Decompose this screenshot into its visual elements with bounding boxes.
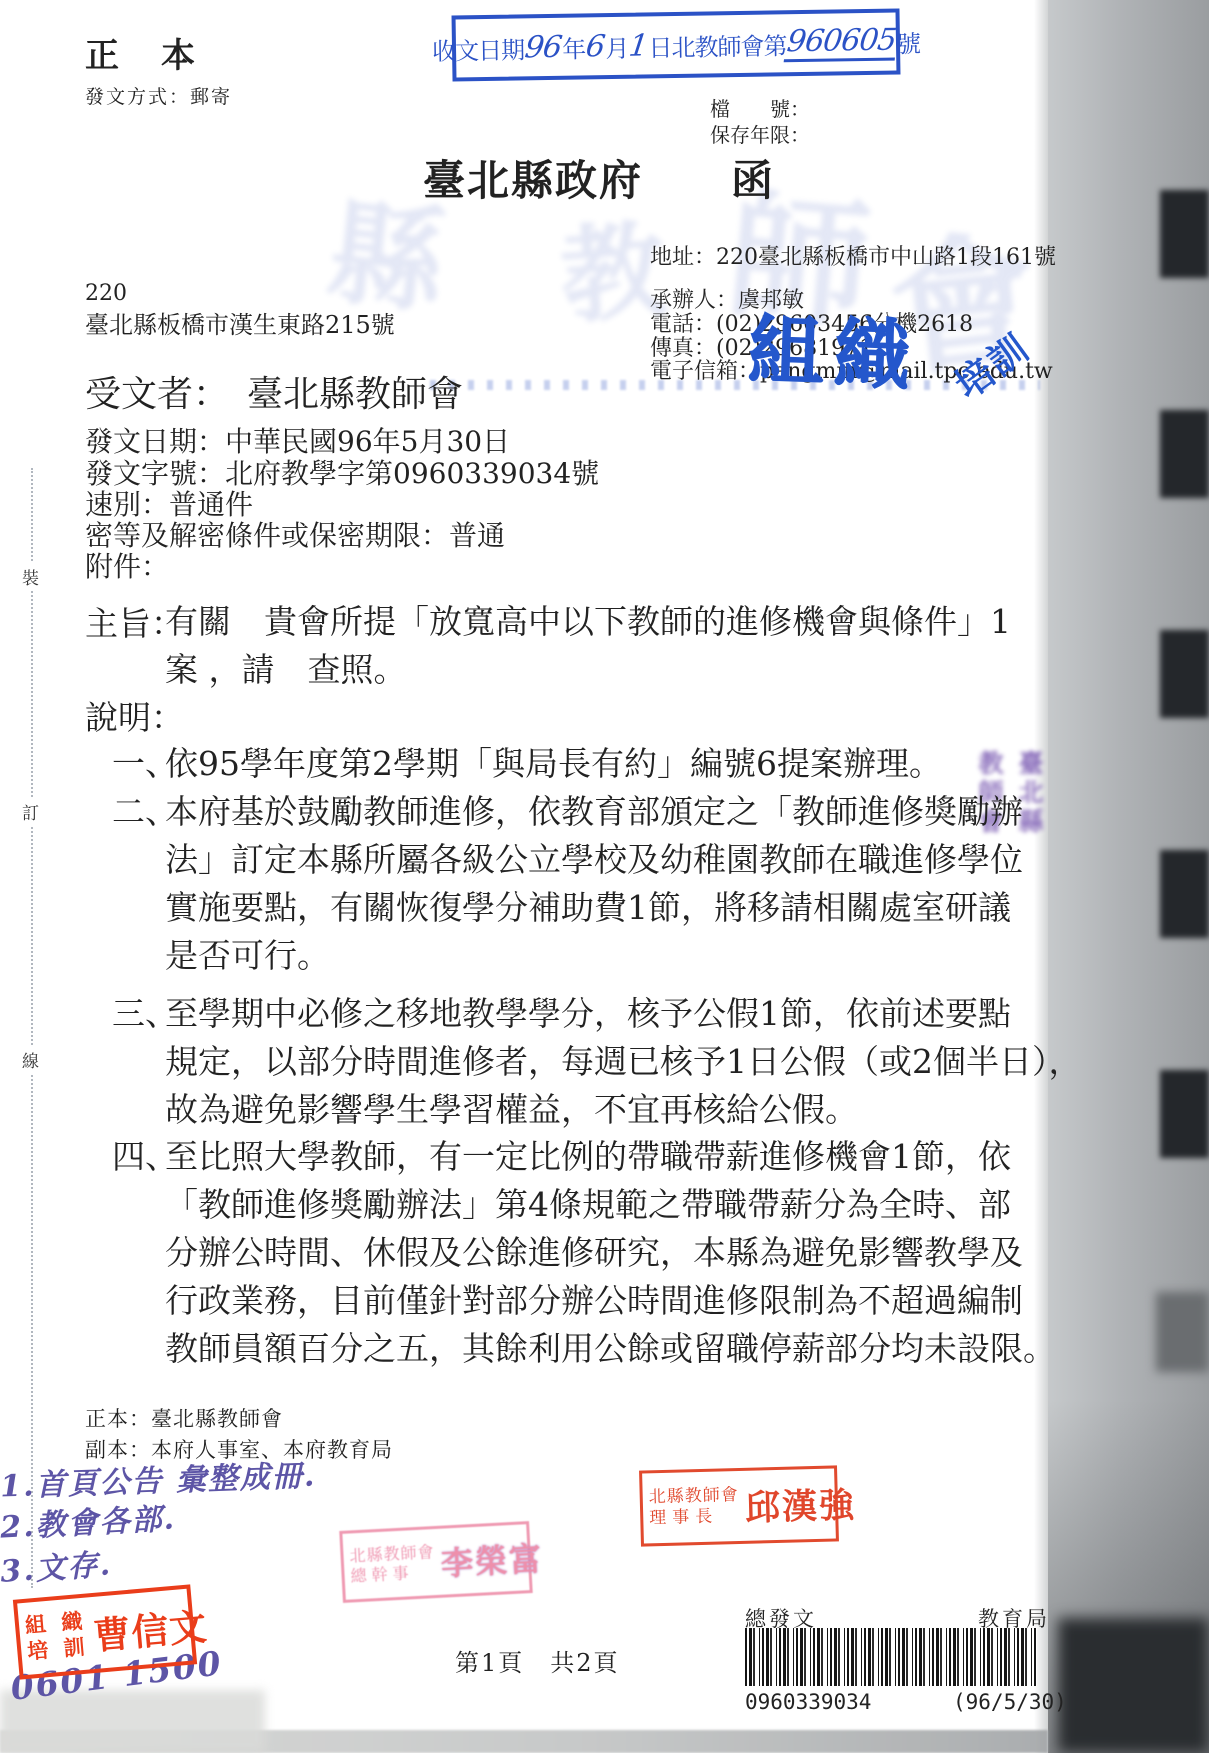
scan-dark-corner [1058,1618,1209,1753]
explanation-item-4: 四、 至比照大學教師，有一定比例的帶職帶薪進修機會1節，依 「教師進修獎勵辦法」… [165,1133,1060,1373]
item-line: 依95學年度第2學期「與局長有約」編號6提案辦理。 [165,740,1060,788]
recipient-line: 受文者： 臺北縣教師會 [85,366,463,417]
explanation-item-1: 一、 依95學年度第2學期「與局長有約」編號6提案辦理。 [165,740,1060,788]
document-title: 臺北縣政府 函 [423,148,775,208]
item-line: 本府基於鼓勵教師進修，依教育部頒定之「教師進修獎勵辦 [165,788,1060,836]
item-line: 教師員額百分之五，其餘利用公餘或留職停薪部分均未設限。 [165,1325,1060,1373]
item-line: 規定，以部分時間進修者，每週已核予1日公假（或2個半日）， [165,1038,1060,1086]
binding-char-zhuang: 裝 [22,563,39,590]
binding-char-xian: 線 [22,1046,39,1073]
delivery-method: 發文方式：郵寄 [85,82,232,109]
binding-dotted-line [31,468,33,1588]
received-month-handwritten: 6 [583,29,607,64]
scan-edge-mark [1156,1292,1209,1372]
scanned-official-letter: 裝 訂 線 縣 教 師 會 正 本 發文方式：郵寄 收文日期 96 年 6 月 … [0,0,1209,1753]
received-day-unit: 日 [648,28,672,63]
subject-line: 案 ，請 查照。 [165,646,1060,694]
explanation-item-2: 二、 本府基於鼓勵教師進修，依教育部頒定之「教師進修獎勵辦 法」訂定本縣所屬各級… [165,788,1060,980]
secretary-stamp-name: 李榮富 [440,1533,544,1584]
handwritten-org-label: 組織 [746,289,922,404]
scan-edge-mark [1160,410,1209,498]
recipient-address: 臺北縣板橋市漢生東路215號 [85,305,395,340]
handwritten-note-3: 3.文存. [0,1539,113,1591]
item-number: 一、 [112,740,178,788]
barcode-date: (96/5/30) [953,1690,1067,1714]
subject-body: 有關 貴會所提「放寬高中以下教師的進修機會與條件」1 案 ，請 查照。 [165,598,1060,694]
item-number: 四、 [112,1133,178,1181]
received-year-handwritten: 96 [522,29,565,65]
received-stamp-prefix: 收文日期 [432,30,525,66]
secretary-stamp-title: 總幹事 [350,1562,436,1586]
received-date-stamp: 收文日期 96 年 6 月 1 日 北教師會第 960605 號 [452,8,901,81]
item-line: 至比照大學教師，有一定比例的帶職帶薪進修機會1節，依 [165,1133,1060,1181]
explanation-label: 說明： [85,692,184,739]
item-line: 至學期中必修之移地教學學分，核予公假1節，依前述要點 [165,990,1060,1038]
received-number-handwritten: 960605 [784,22,899,62]
scan-edge-mark [1160,850,1209,938]
received-month-unit: 月 [605,28,629,63]
org-training-stamp-line2: 培 訓 [26,1634,89,1665]
item-number: 三、 [112,990,178,1038]
barcode-number: 0960339034 [745,1690,871,1714]
scan-edge-mark [1160,630,1209,718]
received-stamp-org: 北教師會第 [671,26,787,63]
chairman-stamp-name: 邱漢強 [744,1478,856,1531]
item-line: 法」訂定本縣所屬各級公立學校及幼稚園教師在職進修學位 [165,836,1060,884]
explanation-item-3: 三、 至學期中必修之移地教學學分，核予公假1節，依前述要點 規定，以部分時間進修… [165,990,1060,1134]
item-line: 實施要點，有關恢復學分補助費1節，將移請相關處室研議 [165,884,1060,932]
org-training-stamp: 組 織 培 訓 曹信文 [13,1584,197,1679]
binding-char-ding: 訂 [22,798,39,825]
item-line: 行政業務，目前僅針對部分辦公時間進修限制為不超過編制 [165,1277,1060,1325]
handwritten-note-2: 2.教會各部. [0,1493,177,1546]
item-line: 是否可行。 [165,932,1060,980]
sender-address: 地址：220臺北縣板橋市中山路1段161號 [650,240,1056,271]
item-line: 分辦公時間、休假及公餘進修研究，本縣為避免影響教學及 [165,1229,1060,1277]
org-training-stamp-name: 曹信文 [91,1596,209,1660]
dispatch-barcode [745,1628,1037,1686]
chairman-stamp-org: 北縣教師會 [648,1485,739,1509]
item-line: 「教師進修獎勵辦法」第4條規範之帶職帶薪分為全時、部 [165,1181,1060,1229]
recipient-zip: 220 [85,281,127,306]
copy-type-label: 正 本 [85,28,199,77]
retention-period-label: 保存年限： [710,119,810,148]
chairman-stamp: 北縣教師會 理事長 邱漢強 [639,1465,839,1546]
page-indicator: 第1頁 共2頁 [455,1643,620,1678]
attachment-label: 附件： [85,545,169,585]
received-stamp-suffix: 號 [897,24,921,59]
received-day-handwritten: 1 [626,28,650,63]
copy-original-line: 正本：臺北縣教師會 [85,1403,283,1433]
scan-edge-mark [1160,1070,1209,1158]
chairman-stamp-title: 理事長 [649,1506,740,1530]
item-line: 故為避免影響學生學習權益，不宜再核給公假。 [165,1086,1060,1134]
subject-line: 有關 貴會所提「放寬高中以下教師的進修機會與條件」1 [165,598,1060,646]
received-year-unit: 年 [562,29,586,64]
item-number: 二、 [112,788,178,836]
scan-edge-mark [1160,190,1209,278]
secretary-stamp: 北縣教師會 總幹事 李榮富 [339,1521,533,1603]
file-number-label: 檔 號： [710,93,810,122]
